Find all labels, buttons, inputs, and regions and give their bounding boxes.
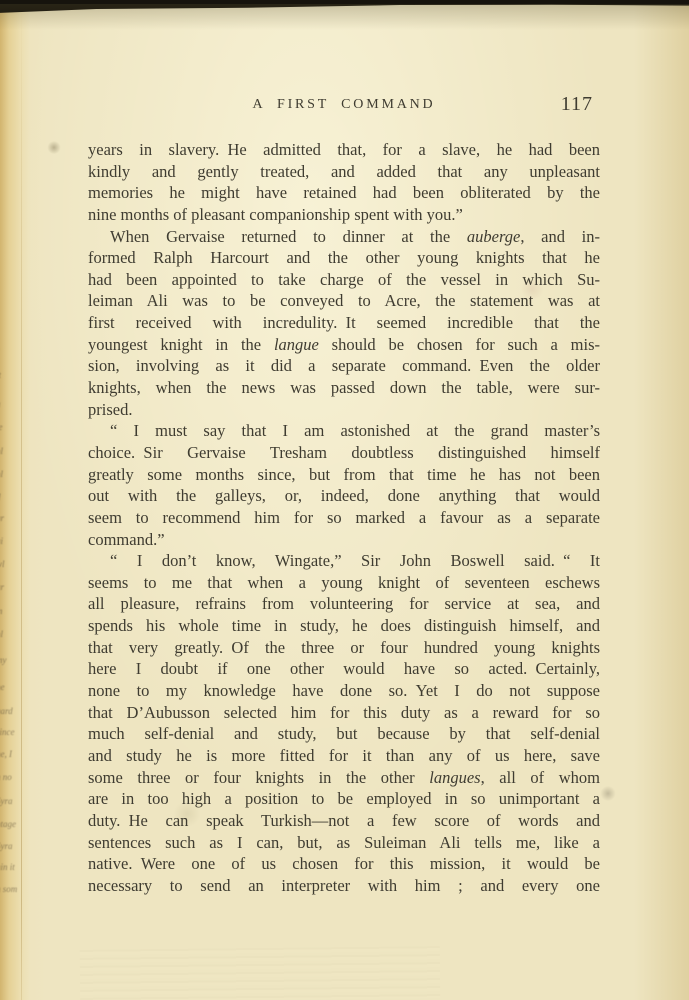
text-segment: nine months of pleasant companionship sp… (88, 205, 463, 224)
edge-text-fragment: ntage (0, 819, 16, 829)
text-segment: , all of whom (481, 768, 600, 787)
text-segment: out with the galleys, or, indeed, done a… (88, 486, 600, 505)
text-line: and study he is more fitted for it than … (88, 745, 600, 767)
text-line: seems to me that when a young knight of … (88, 572, 600, 594)
edge-text-fragment: n no (0, 772, 12, 782)
text-line: had been appointed to take charge of the… (88, 269, 600, 291)
paper-striations (80, 946, 441, 1000)
edge-text-fragment: ui (0, 536, 3, 546)
text-line: seem to recommend him for so marked a fa… (88, 507, 600, 529)
edge-text-fragment: Syra (0, 841, 13, 851)
text-line: nine months of pleasant companionship sp… (88, 204, 600, 226)
text-line: duty. He can speak Turkish—not a few sco… (88, 810, 600, 832)
text-line: first received with incredulity. It seem… (88, 312, 600, 334)
edge-text-fragment: m (0, 606, 3, 616)
text-line: some three or four knights in the other … (88, 767, 600, 789)
text-segment: are in too high a position to be employe… (88, 789, 600, 808)
edge-text-fragment: hl (0, 469, 3, 479)
paper-stain (47, 141, 61, 154)
text-segment: choice. Sir Gervaise Tresham doubtless d… (88, 443, 600, 462)
text-line: none to my knowledge have done so. Yet I… (88, 680, 600, 702)
edge-text-fragment: gr (0, 513, 4, 523)
edge-text-fragment: Syra (0, 796, 13, 806)
text-line: leiman Ali was to be conveyed to Acre, t… (88, 290, 600, 312)
scan-dark-edge (0, 0, 689, 14)
text-line: sentences such as I can, but, as Suleima… (88, 832, 600, 854)
paragraph: years in slavery. He admitted that, for … (88, 139, 600, 226)
page-number: 117 (561, 93, 593, 116)
paragraph: “ I must say that I am astonished at the… (88, 420, 600, 550)
text-line: youngest knight in the langue should be … (88, 334, 600, 356)
edge-text-fragment: n som (0, 884, 17, 894)
edge-text-fragment: he (0, 682, 5, 692)
edge-text-fragment: ur (0, 582, 4, 592)
text-segment: none to my knowledge have done so. Yet I… (88, 681, 600, 700)
text-segment: first received with incredulity. It seem… (88, 313, 600, 332)
paragraph: When Gervaise returned to dinner at the … (88, 226, 600, 421)
facing-page-edge-text: ritalenlhldgruiwlurmnlmyhegardrincene, I… (0, 0, 18, 1000)
text-line: necessary to send an interpreter with hi… (88, 875, 600, 897)
edge-text-fragment: rince (0, 727, 15, 737)
text-line: memories he might have retained had been… (88, 182, 600, 204)
text-segment: much self-denial and study, but because … (88, 724, 600, 743)
edge-text-fragment: it (0, 370, 1, 380)
text-segment: that D’Aubusson selected him for this du… (88, 703, 600, 722)
text-line: that very greatly. Of the three or four … (88, 637, 600, 659)
italic-text: langues (429, 768, 480, 787)
text-segment: spends his whole time in study, he does … (88, 616, 600, 635)
text-line: When Gervaise returned to dinner at the … (88, 226, 600, 248)
text-segment: native. Were one of us chosen for this m… (88, 854, 600, 873)
text-segment: necessary to send an interpreter with hi… (88, 876, 600, 895)
text-line: “ I don’t know, Wingate,” Sir John Boswe… (88, 550, 600, 572)
edge-text-fragment: d (0, 492, 1, 502)
text-block: years in slavery. He admitted that, for … (88, 139, 600, 896)
text-line: formed Ralph Harcourt and the other youn… (88, 247, 600, 269)
text-segment: and study he is more fitted for it than … (88, 746, 600, 765)
text-line: here I doubt if one other would have so … (88, 658, 600, 680)
text-line: kindly and gently treated, and added tha… (88, 161, 600, 183)
text-segment: knights, when the news was passed down t… (88, 378, 600, 397)
text-segment: duty. He can speak Turkish—not a few sco… (88, 811, 600, 830)
text-segment: When Gervaise returned to dinner at the (110, 227, 467, 246)
edge-text-fragment: hin it (0, 862, 15, 872)
text-line: sion, involving as it did a separate com… (88, 355, 600, 377)
text-segment: “ I must say that I am astonished at the… (110, 421, 600, 440)
text-line: years in slavery. He admitted that, for … (88, 139, 600, 161)
text-segment: youngest knight in the (88, 335, 274, 354)
text-segment: memories he might have retained had been… (88, 183, 600, 202)
text-line: knights, when the news was passed down t… (88, 377, 600, 399)
text-segment: sentences such as I can, but, as Suleima… (88, 833, 600, 852)
text-segment: seems to me that when a young knight of … (88, 573, 600, 592)
text-line: are in too high a position to be employe… (88, 788, 600, 810)
text-segment: that very greatly. Of the three or four … (88, 638, 600, 657)
text-segment: sion, involving as it did a separate com… (88, 356, 600, 375)
text-segment: , and in- (520, 227, 600, 246)
text-segment: formed Ralph Harcourt and the other youn… (88, 248, 600, 267)
edge-text-fragment: le (0, 422, 3, 432)
page-gutter-crease (21, 0, 22, 1000)
text-segment: here I doubt if one other would have so … (88, 659, 600, 678)
text-segment: years in slavery. He admitted that, for … (88, 140, 600, 159)
text-line: out with the galleys, or, indeed, done a… (88, 485, 600, 507)
text-line: “ I must say that I am astonished at the… (88, 420, 600, 442)
edge-text-fragment: wl (0, 559, 5, 569)
text-segment: had been appointed to take charge of the… (88, 270, 600, 289)
text-segment: seem to recommend him for so marked a fa… (88, 508, 600, 527)
edge-text-fragment: nl (0, 629, 3, 639)
running-header: A FIRST COMMAND (88, 97, 600, 113)
paragraph: “ I don’t know, Wingate,” Sir John Boswe… (88, 550, 600, 896)
text-line: native. Were one of us chosen for this m… (88, 853, 600, 875)
book-page: ritalenlhldgruiwlurmnlmyhegardrincene, I… (0, 0, 689, 1000)
paper-stain (600, 786, 616, 801)
text-segment: greatly some months since, but from that… (88, 465, 600, 484)
edge-text-fragment: nl (0, 446, 3, 456)
edge-text-fragment: my (0, 655, 7, 665)
text-line: much self-denial and study, but because … (88, 723, 600, 745)
text-segment: kindly and gently treated, and added tha… (88, 162, 600, 181)
text-line: that D’Aubusson selected him for this du… (88, 702, 600, 724)
text-line: prised. (88, 399, 600, 421)
text-line: all pleasure, refrains from volunteering… (88, 593, 600, 615)
text-segment: all pleasure, refrains from volunteering… (88, 594, 600, 613)
edge-text-fragment: a (0, 399, 1, 409)
edge-text-fragment: gard (0, 706, 13, 716)
italic-text: auberge (467, 227, 520, 246)
text-line: command.” (88, 529, 600, 551)
text-line: choice. Sir Gervaise Tresham doubtless d… (88, 442, 600, 464)
text-segment: “ I don’t know, Wingate,” Sir John Boswe… (110, 551, 600, 570)
text-segment: should be chosen for such a mis- (319, 335, 600, 354)
text-segment: prised. (88, 400, 132, 419)
edge-text-fragment: ne, I (0, 749, 12, 759)
text-line: spends his whole time in study, he does … (88, 615, 600, 637)
text-segment: leiman Ali was to be conveyed to Acre, t… (88, 291, 600, 310)
italic-text: langue (274, 335, 319, 354)
text-line: greatly some months since, but from that… (88, 464, 600, 486)
text-segment: some three or four knights in the other (88, 768, 429, 787)
text-segment: command.” (88, 530, 165, 549)
